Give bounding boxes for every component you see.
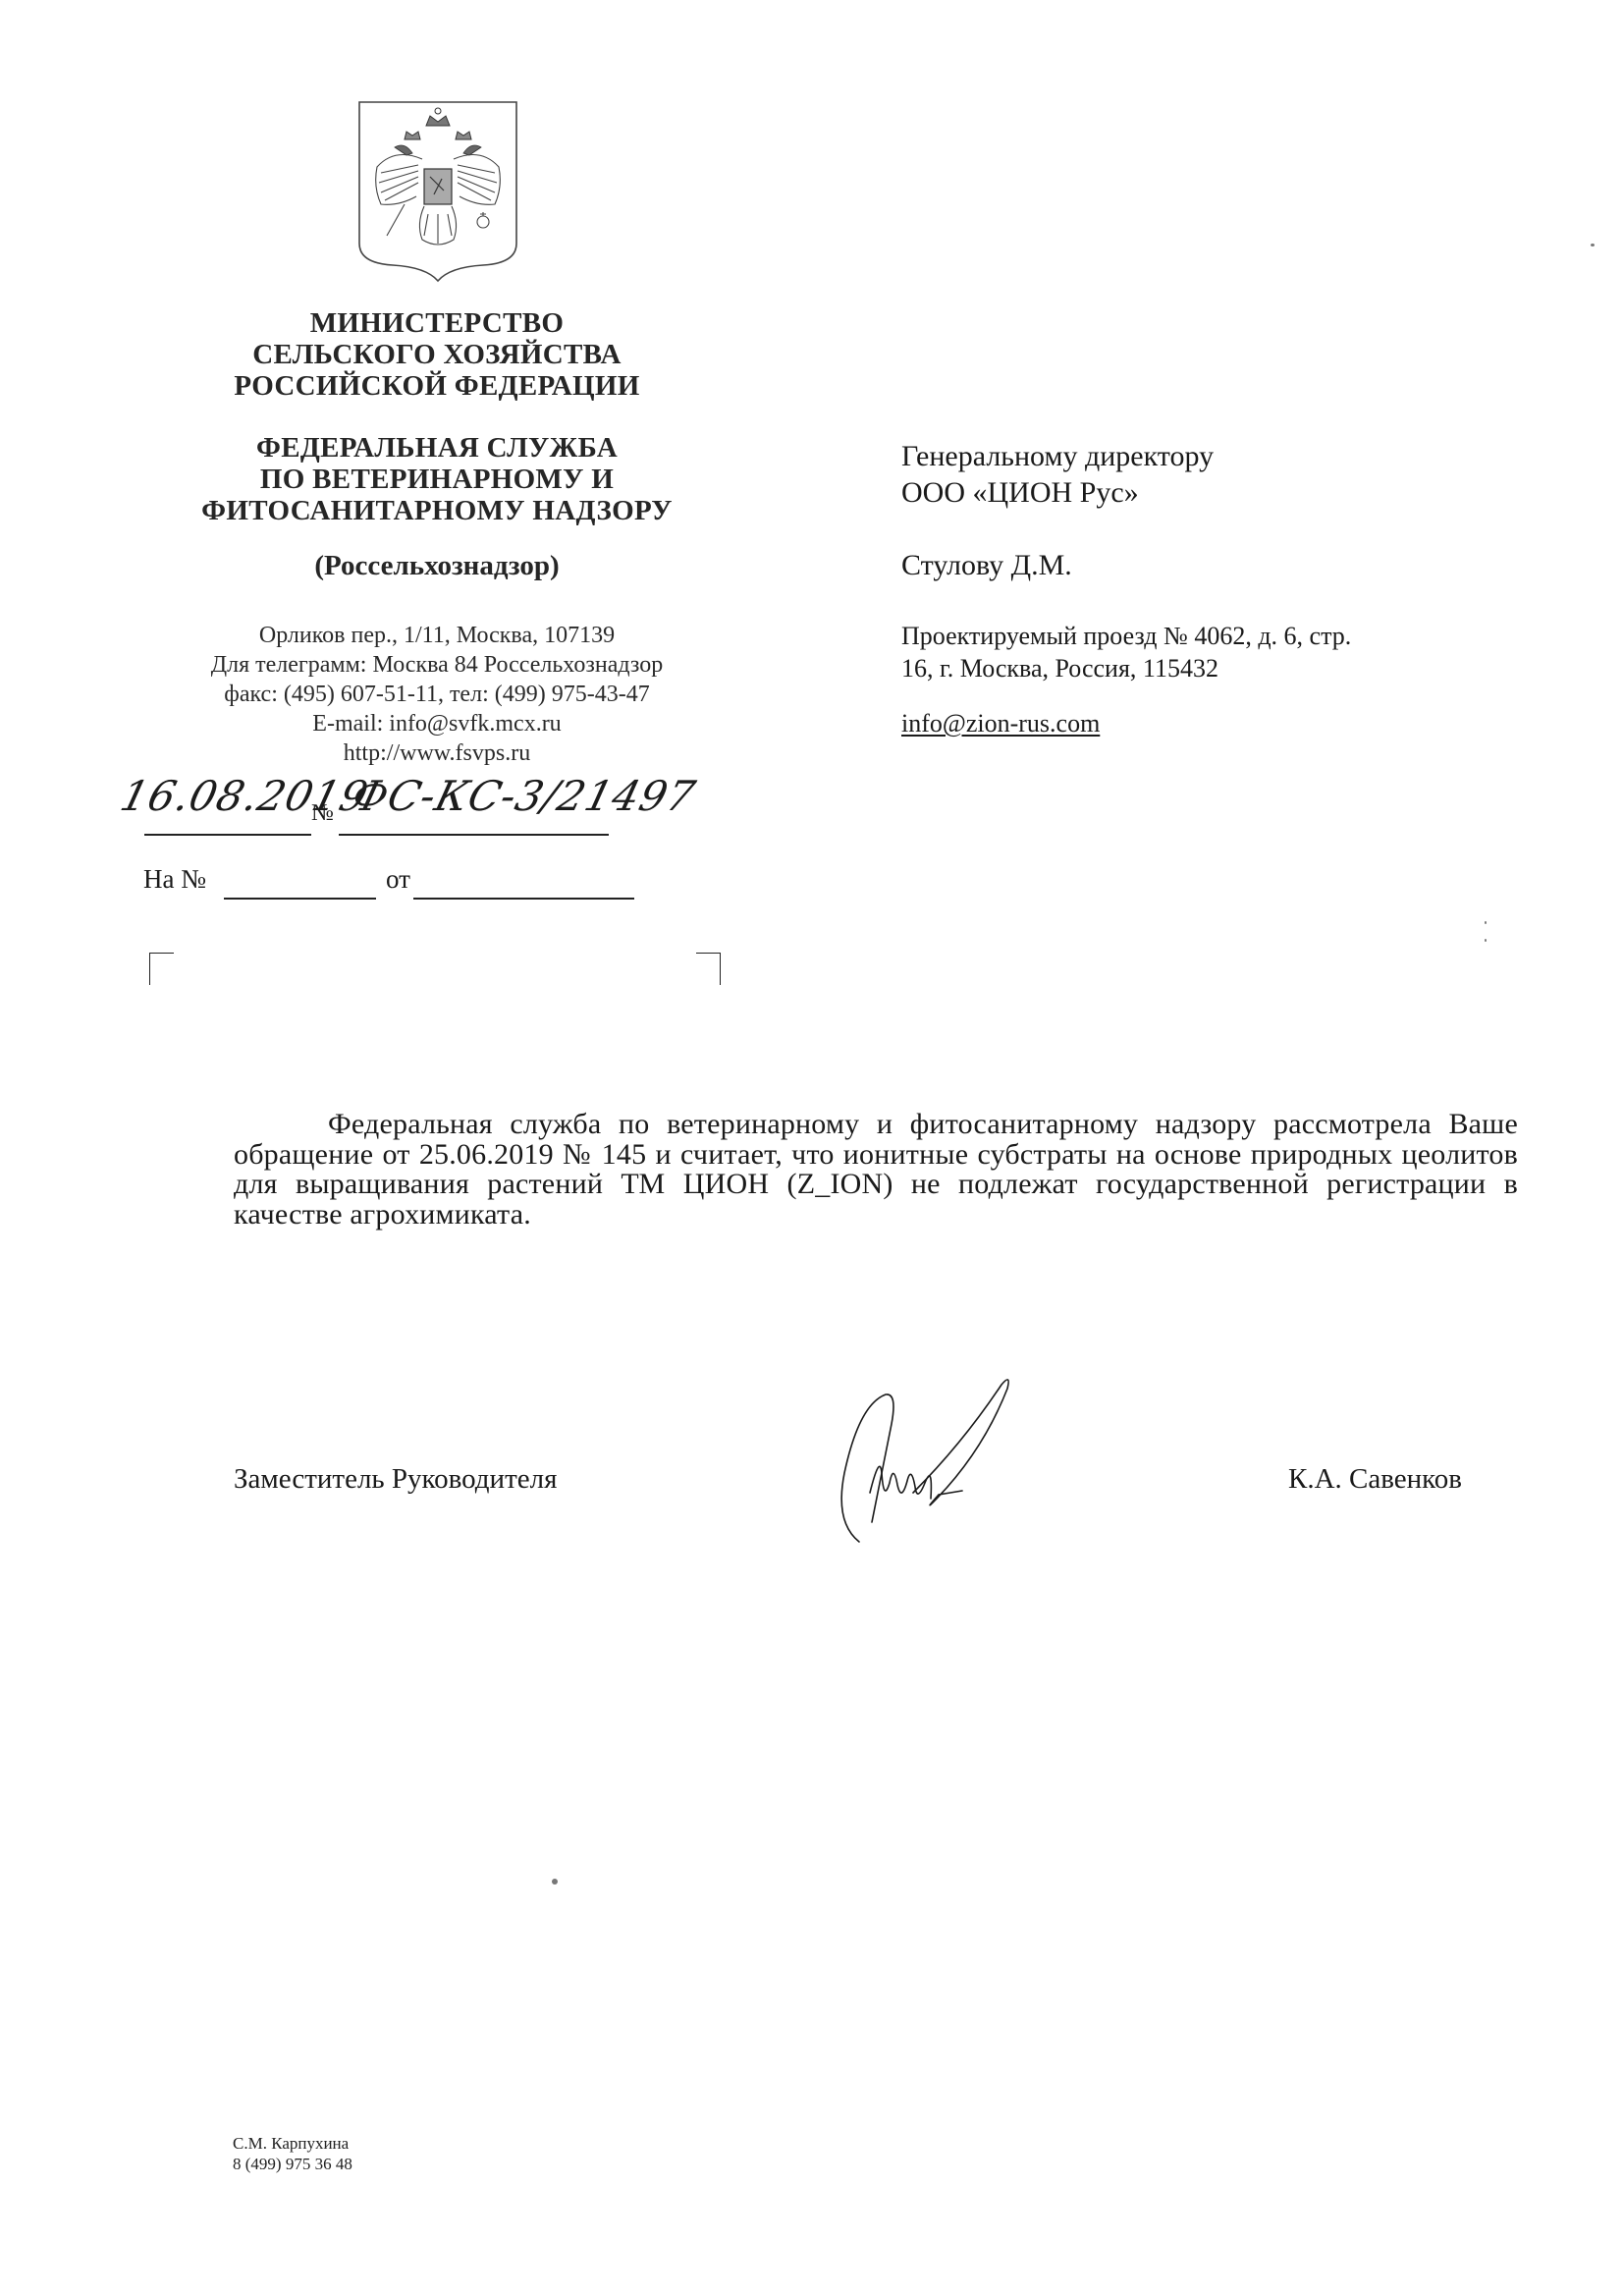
addressee-block: Генеральному директору ООО «ЦИОН Рус» Ст… [901, 438, 1530, 741]
reply-number-field [224, 898, 376, 900]
ministry-line: СЕЛЬСКОГО ХОЗЯЙСТВА [137, 339, 736, 370]
service-line: ФИТОСАНИТАРНОМУ НАДЗОРУ [137, 495, 736, 526]
ministry-name: МИНИСТЕРСТВО СЕЛЬСКОГО ХОЗЯЙСТВА РОССИЙС… [137, 307, 736, 402]
number-underline [339, 834, 609, 836]
service-line: ПО ВЕТЕРИНАРНОМУ И [137, 464, 736, 495]
sender-email: E-mail: info@svfk.mcx.ru [137, 709, 736, 738]
scan-speck [1591, 244, 1595, 246]
reply-from-field [413, 898, 634, 900]
handwritten-signature-icon [815, 1355, 1139, 1571]
signatory-position: Заместитель Руководителя [234, 1463, 557, 1496]
addressee-company: ООО «ЦИОН Рус» [901, 474, 1530, 511]
outgoing-registration: 16.08.2019 № ФС-КС-3/21497 [118, 768, 766, 847]
letter-body: Федеральная служба по ветеринарному и фи… [234, 1110, 1518, 1230]
reply-number-label: На № [143, 864, 206, 895]
outgoing-date: 16.08.2019 [116, 772, 374, 820]
ministry-line: РОССИЙСКОЙ ФЕДЕРАЦИИ [137, 370, 736, 402]
corner-mark-right [696, 953, 721, 985]
date-underline [144, 834, 311, 836]
address-line: 16, г. Москва, Россия, 115432 [901, 652, 1530, 684]
addressee-name: Стулову Д.М. [901, 547, 1530, 583]
reply-to-reference: На № от [143, 864, 732, 903]
signatory-name: К.А. Савенков [1288, 1463, 1462, 1496]
sender-phone-fax: факс: (495) 607-51-11, тел: (499) 975-43… [137, 680, 736, 709]
service-line: ФЕДЕРАЛЬНАЯ СЛУЖБА [137, 432, 736, 464]
reply-from-label: от [386, 864, 410, 895]
service-name: ФЕДЕРАЛЬНАЯ СЛУЖБА ПО ВЕТЕРИНАРНОМУ И ФИ… [137, 432, 736, 526]
scan-speck [1485, 939, 1487, 942]
executor-phone: 8 (499) 975 36 48 [233, 2154, 352, 2174]
sender-address: Орликов пер., 1/11, Москва, 107139 [137, 621, 736, 650]
addressee-position: Генеральному директору [901, 438, 1530, 474]
executor-info: С.М. Карпухина 8 (499) 975 36 48 [233, 2133, 352, 2174]
address-line: Проектируемый проезд № 4062, д. 6, стр. [901, 620, 1530, 652]
sender-telegram: Для телеграмм: Москва 84 Россельхознадзо… [137, 650, 736, 680]
number-label: № [311, 800, 334, 827]
scan-speck [552, 1879, 558, 1885]
scan-speck [1485, 921, 1487, 924]
service-short-name: (Россельхознадзор) [137, 550, 736, 581]
corner-mark-left [149, 953, 174, 985]
sender-website: http://www.fsvps.ru [137, 738, 736, 768]
executor-name: С.М. Карпухина [233, 2133, 352, 2154]
sender-contacts: Орликов пер., 1/11, Москва, 107139 Для т… [137, 621, 736, 768]
ministry-line: МИНИСТЕРСТВО [137, 307, 736, 339]
coat-of-arms-icon [355, 96, 520, 283]
outgoing-number: ФС-КС-3/21497 [348, 772, 701, 820]
addressee-address: Проектируемый проезд № 4062, д. 6, стр. … [901, 620, 1530, 684]
addressee-email-link[interactable]: info@zion-rus.com [901, 709, 1100, 738]
